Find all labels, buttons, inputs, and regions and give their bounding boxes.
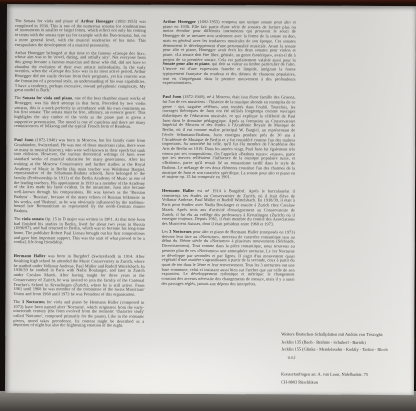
text-section: Arthur Honegger (1892-1955) composa une … xyxy=(163,20,296,87)
paragraph: Hermann Haller est né 1914 à Burgdorf. A… xyxy=(162,189,295,227)
text-section: Hermann Haller est né 1914 à Burgdorf. A… xyxy=(162,189,296,287)
text-section: Paul Juon (1872-1940) was born in Moscow… xyxy=(14,138,146,246)
liner-notes-french-column: Arthur Honegger (1892-1955) composa une … xyxy=(161,20,295,296)
liner-notes-english-column: The Sonata for viola and piano of Arthur… xyxy=(13,19,146,338)
paragraph: Hermann Haller was born in Burgdorf (Swi… xyxy=(13,254,144,297)
photo-background: The Sonata for viola and piano of Arthur… xyxy=(0,0,416,411)
text-section: Paul Juon (1872-1940), né à Moscou, étai… xyxy=(162,95,295,181)
discography-contact-block: Weitere Bratschen-Schallplatten mit Andr… xyxy=(281,330,411,386)
paragraph: Arthur Honegger belonged at that time to… xyxy=(15,51,146,94)
paragraph: The viola sonata Op. 15 in D major was w… xyxy=(14,217,145,246)
paragraph: Paul Juon (1872-1940), né à Moscou, étai… xyxy=(162,95,295,181)
text-line: CH-8803 Rüschlikon xyxy=(281,378,411,386)
related-records-list: Weitere Bratschen-Schallplatten mit Andr… xyxy=(281,330,411,361)
paragraph: The 3 Nocturnes for viola and piano by H… xyxy=(13,300,144,329)
text-line: Weitere Bratschen-Schallplatten mit Andr… xyxy=(281,330,411,338)
text-line: Jecklin 155 (Glinka - Mendelssohn - Kodá… xyxy=(281,346,411,354)
text-section: Hermann Haller was born in Burgdorf (Swi… xyxy=(13,254,144,329)
paragraph: Arthur Honegger (1892-1955) composa une … xyxy=(163,20,296,87)
paragraph: Les 3 Nocturnes pour alto et piano de He… xyxy=(162,230,295,287)
paragraph: The Sonata for viola and piano of Arthur… xyxy=(15,19,146,48)
album-back-cover: The Sonata for viola and piano of Arthur… xyxy=(5,4,416,395)
text-line: u.a.) xyxy=(281,353,411,361)
paragraph: The Sonata for viola and piano, one of t… xyxy=(14,96,145,130)
contact-address: Konzertanfragen an: A. van Loon, Nidelba… xyxy=(281,371,411,387)
text-section: The Sonata for viola and piano of Arthur… xyxy=(14,19,146,130)
paragraph: Paul Juon (1872-1940) was born in Moscow… xyxy=(14,138,145,214)
